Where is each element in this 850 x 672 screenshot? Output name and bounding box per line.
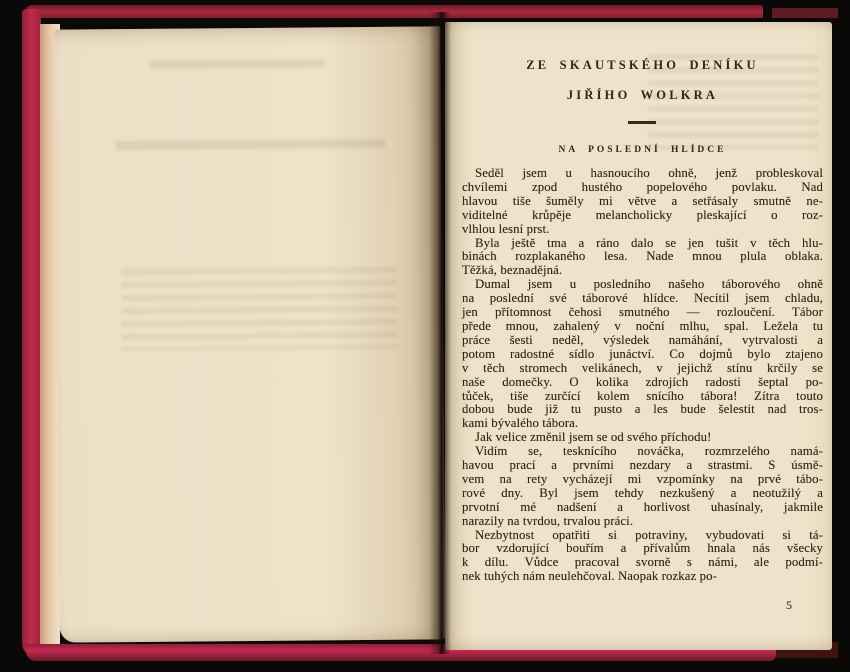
- text-line: binách rozplakaného lesa. Nade mnou plul…: [462, 250, 823, 264]
- right-page: ZE SKAUTSKÉHO DENÍKU JIŘÍHO WOLKRA NA PO…: [445, 22, 832, 650]
- text-line: narazily na tvrdou, trvalou práci.: [462, 515, 823, 529]
- paragraph: Byla ještě tma a ráno dalo se jen tušit …: [462, 237, 823, 279]
- paragraph: Jak velice změnil jsem se od svého přích…: [462, 431, 823, 445]
- text-line: vlhlou lesní prst.: [462, 223, 823, 237]
- text-line: Nezbytnost opatřiti si potraviny, vybudo…: [462, 529, 823, 543]
- text-line: jen přítomnost čehosi smutného — rozlouč…: [462, 306, 823, 320]
- text-line: tůček, tiše zurčící kolem snícího tábora…: [462, 390, 823, 404]
- text-line: k dílu. Vůdce pracoval svorně s námi, al…: [462, 556, 823, 570]
- text-line: práce šesti neděl, výsledek namáhání, vy…: [462, 334, 823, 348]
- text-line: viditelné krůpěje melancholicky pleskají…: [462, 209, 823, 223]
- text-line: hlavou tiše šuměly mi větve a setřásaly …: [462, 195, 823, 209]
- text-line: naše domečky. O kolika zdrojích radosti …: [462, 376, 823, 390]
- text-line: Dumal jsem u posledního našeho táborovéh…: [462, 278, 823, 292]
- text-line: prvotní mé nadšení a horlivost uhasínaly…: [462, 501, 823, 515]
- show-through-ghost: [115, 139, 385, 150]
- page-title: ZE SKAUTSKÉHO DENÍKU: [462, 58, 823, 73]
- text-line: přede mnou, zahalený v noční mlhu, spal.…: [462, 320, 823, 334]
- book-photo: ZE SKAUTSKÉHO DENÍKU JIŘÍHO WOLKRA NA PO…: [0, 0, 850, 672]
- divider-rule: [628, 121, 656, 124]
- text-line: Vidím se, tesknícího nováčka, rozmrzeléh…: [462, 445, 823, 459]
- paragraph: Nezbytnost opatřiti si potraviny, vybudo…: [462, 529, 823, 585]
- text-line: Seděl jsem u hasnoucího ohně, jenž probl…: [462, 167, 823, 181]
- left-page: [54, 26, 445, 642]
- text-line: kami bývalého tábora.: [462, 417, 823, 431]
- text-line: Těžká, beznadějná.: [462, 264, 823, 278]
- text-line: potom radostné sídlo junáctví. Co dojmů …: [462, 348, 823, 362]
- book-cover-left-edge: [22, 9, 41, 657]
- book-gutter-shadow: [429, 12, 451, 654]
- paragraph: Dumal jsem u posledního našeho táborovéh…: [462, 278, 823, 431]
- text-line: vem na rety vycházejí mi vzpomínky na pr…: [462, 473, 823, 487]
- text-line: havou prací a prvními nezdary a strastmi…: [462, 459, 823, 473]
- book-cover-top-edge: [26, 5, 763, 18]
- text-line: nek tuhých nám neulehčoval. Naopak rozka…: [462, 570, 823, 584]
- page-subtitle: JIŘÍHO WOLKRA: [462, 88, 823, 103]
- text-line: chvílemi zpod hustého popelového povlaku…: [462, 181, 823, 195]
- section-heading: NA POSLEDNÍ HLÍDCE: [462, 145, 823, 155]
- paragraph: Vidím se, tesknícího nováčka, rozmrzeléh…: [462, 445, 823, 528]
- text-line: v těch stromech velikánech, v jejichž st…: [462, 362, 823, 376]
- show-through-ghost: [121, 267, 397, 351]
- book-cover-top-right-edge: [772, 8, 838, 18]
- text-line: Jak velice změnil jsem se od svého přích…: [462, 431, 823, 445]
- text-line: na poslední své táborové hlídce. Necítil…: [462, 292, 823, 306]
- text-line: rové dny. Byl jsem tehdy nezkušený a neo…: [462, 487, 823, 501]
- page-number: 5: [786, 598, 792, 613]
- text-line: Byla ještě tma a ráno dalo se jen tušit …: [462, 237, 823, 251]
- text-line: dobou bude již tu pusto a les bude šeles…: [462, 403, 823, 417]
- text-line: bor vzdorující bouřím a přívalům hnala n…: [462, 542, 823, 556]
- body-text: Seděl jsem u hasnoucího ohně, jenž probl…: [462, 167, 823, 584]
- show-through-ghost: [150, 59, 325, 69]
- paragraph: Seděl jsem u hasnoucího ohně, jenž probl…: [462, 167, 823, 237]
